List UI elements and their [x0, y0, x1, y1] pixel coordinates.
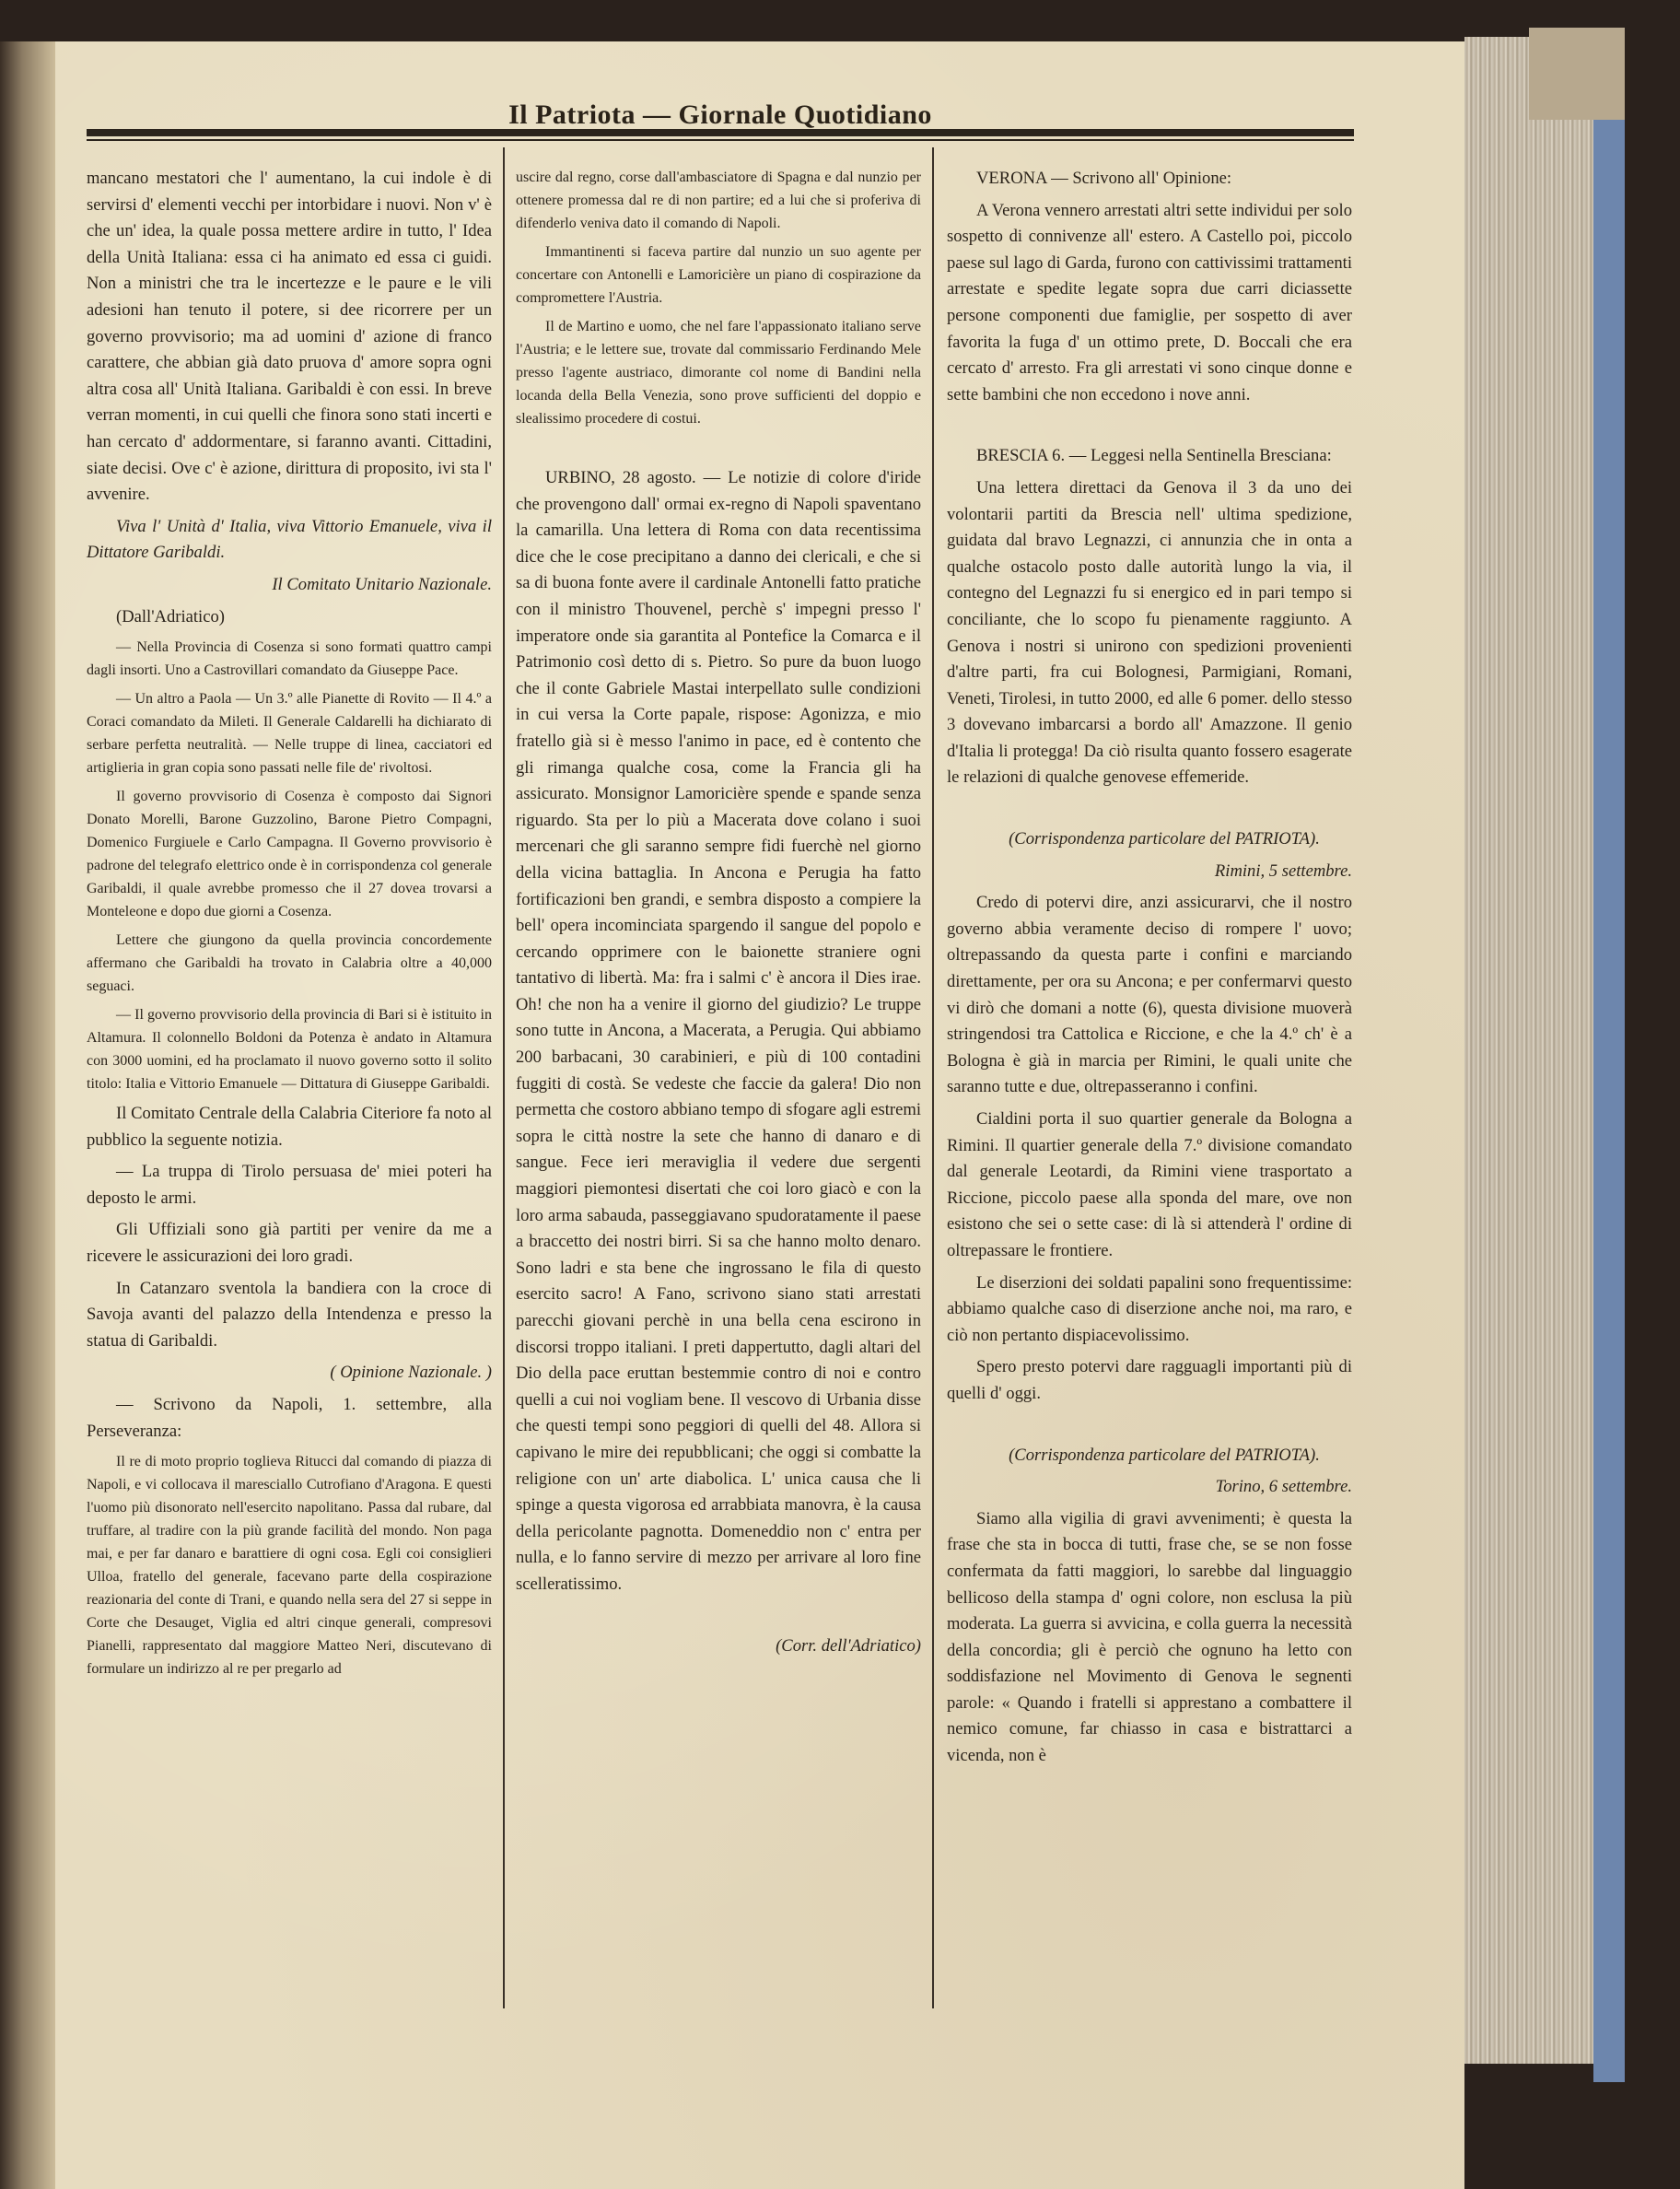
- article-paragraph: — La truppa di Tirolo persuasa de' miei …: [87, 1159, 492, 1212]
- article-paragraph: (Corrispondenza particolare del PATRIOTA…: [947, 1443, 1352, 1469]
- article-paragraph: In Catanzaro sventola la bandiera con la…: [87, 1276, 492, 1355]
- article-paragraph: VERONA — Scrivono all' Opinione:: [947, 166, 1352, 193]
- article-paragraph: ( Opinione Nazionale. ): [87, 1360, 492, 1387]
- article-paragraph: Il Comitato Centrale della Calabria Cite…: [87, 1101, 492, 1153]
- column-divider: [503, 147, 505, 2008]
- article-paragraph: Cialdini porta il suo quartier generale …: [947, 1106, 1352, 1265]
- article-paragraph: A Verona vennero arrestati altri sette i…: [947, 198, 1352, 409]
- article-paragraph: Gli Uffiziali sono già partiti per venir…: [87, 1217, 492, 1270]
- article-paragraph: BRESCIA 6. — Leggesi nella Sentinella Br…: [947, 443, 1352, 470]
- article-paragraph: (Corr. dell'Adriatico): [516, 1633, 921, 1660]
- book-cover: [1593, 28, 1625, 2082]
- article-paragraph: Le diserzioni dei soldati papalini sono …: [947, 1270, 1352, 1350]
- article-paragraph: — Il governo provvisorio della provincia…: [87, 1003, 492, 1095]
- article-paragraph: (Corrispondenza particolare del PATRIOTA…: [947, 826, 1352, 853]
- article-paragraph: Lettere che giungono da quella provincia…: [87, 929, 492, 998]
- article-paragraph: Spero presto potervi dare ragguagli impo…: [947, 1354, 1352, 1407]
- article-paragraph: Viva l' Unità d' Italia, viva Vittorio E…: [87, 514, 492, 567]
- article-paragraph: Una lettera direttaci da Genova il 3 da …: [947, 475, 1352, 791]
- article-paragraph: Rimini, 5 settembre.: [947, 859, 1352, 885]
- article-paragraph: Il de Martino e uomo, che nel fare l'app…: [516, 315, 921, 430]
- article-paragraph: Credo di potervi dire, anzi assicurarvi,…: [947, 890, 1352, 1101]
- article-paragraph: Il re di moto proprio toglieva Ritucci d…: [87, 1450, 492, 1680]
- article-paragraph: (Dall'Adriatico): [87, 604, 492, 631]
- spacer: [947, 414, 1352, 438]
- article-paragraph: uscire dal regno, corse dall'ambasciator…: [516, 166, 921, 235]
- spacer: [516, 1604, 921, 1628]
- masthead-rule-thin: [87, 139, 1354, 141]
- article-column-1: mancano mestatori che l' aumentano, la c…: [87, 166, 492, 1686]
- article-paragraph: Il governo provvisorio di Cosenza è comp…: [87, 785, 492, 923]
- spine-label: [1529, 28, 1625, 120]
- article-paragraph: Immantinenti si faceva partire dal nunzi…: [516, 240, 921, 310]
- spacer: [516, 436, 921, 460]
- spacer: [947, 1413, 1352, 1437]
- article-paragraph: URBINO, 28 agosto. — Le notizie di color…: [516, 465, 921, 1598]
- article-paragraph: — Un altro a Paola — Un 3.º alle Pianett…: [87, 687, 492, 779]
- column-divider: [932, 147, 934, 2008]
- article-column-3: VERONA — Scrivono all' Opinione:A Verona…: [947, 166, 1352, 1775]
- article-paragraph: — Nella Provincia di Cosenza si sono for…: [87, 636, 492, 682]
- masthead-rule: [87, 129, 1354, 136]
- article-column-2: uscire dal regno, corse dall'ambasciator…: [516, 166, 921, 1665]
- article-paragraph: — Scrivono da Napoli, 1. settembre, alla…: [87, 1392, 492, 1445]
- masthead-title: Il Patriota — Giornale Quotidiano: [87, 99, 1354, 131]
- left-page-edge: [0, 41, 55, 2189]
- page-stack-edge: [1464, 37, 1593, 2064]
- article-paragraph: Il Comitato Unitario Nazionale.: [87, 572, 492, 599]
- article-paragraph: Siamo alla vigilia di gravi avvenimenti;…: [947, 1506, 1352, 1770]
- article-paragraph: Torino, 6 settembre.: [947, 1474, 1352, 1501]
- article-paragraph: mancano mestatori che l' aumentano, la c…: [87, 166, 492, 509]
- spacer: [947, 797, 1352, 821]
